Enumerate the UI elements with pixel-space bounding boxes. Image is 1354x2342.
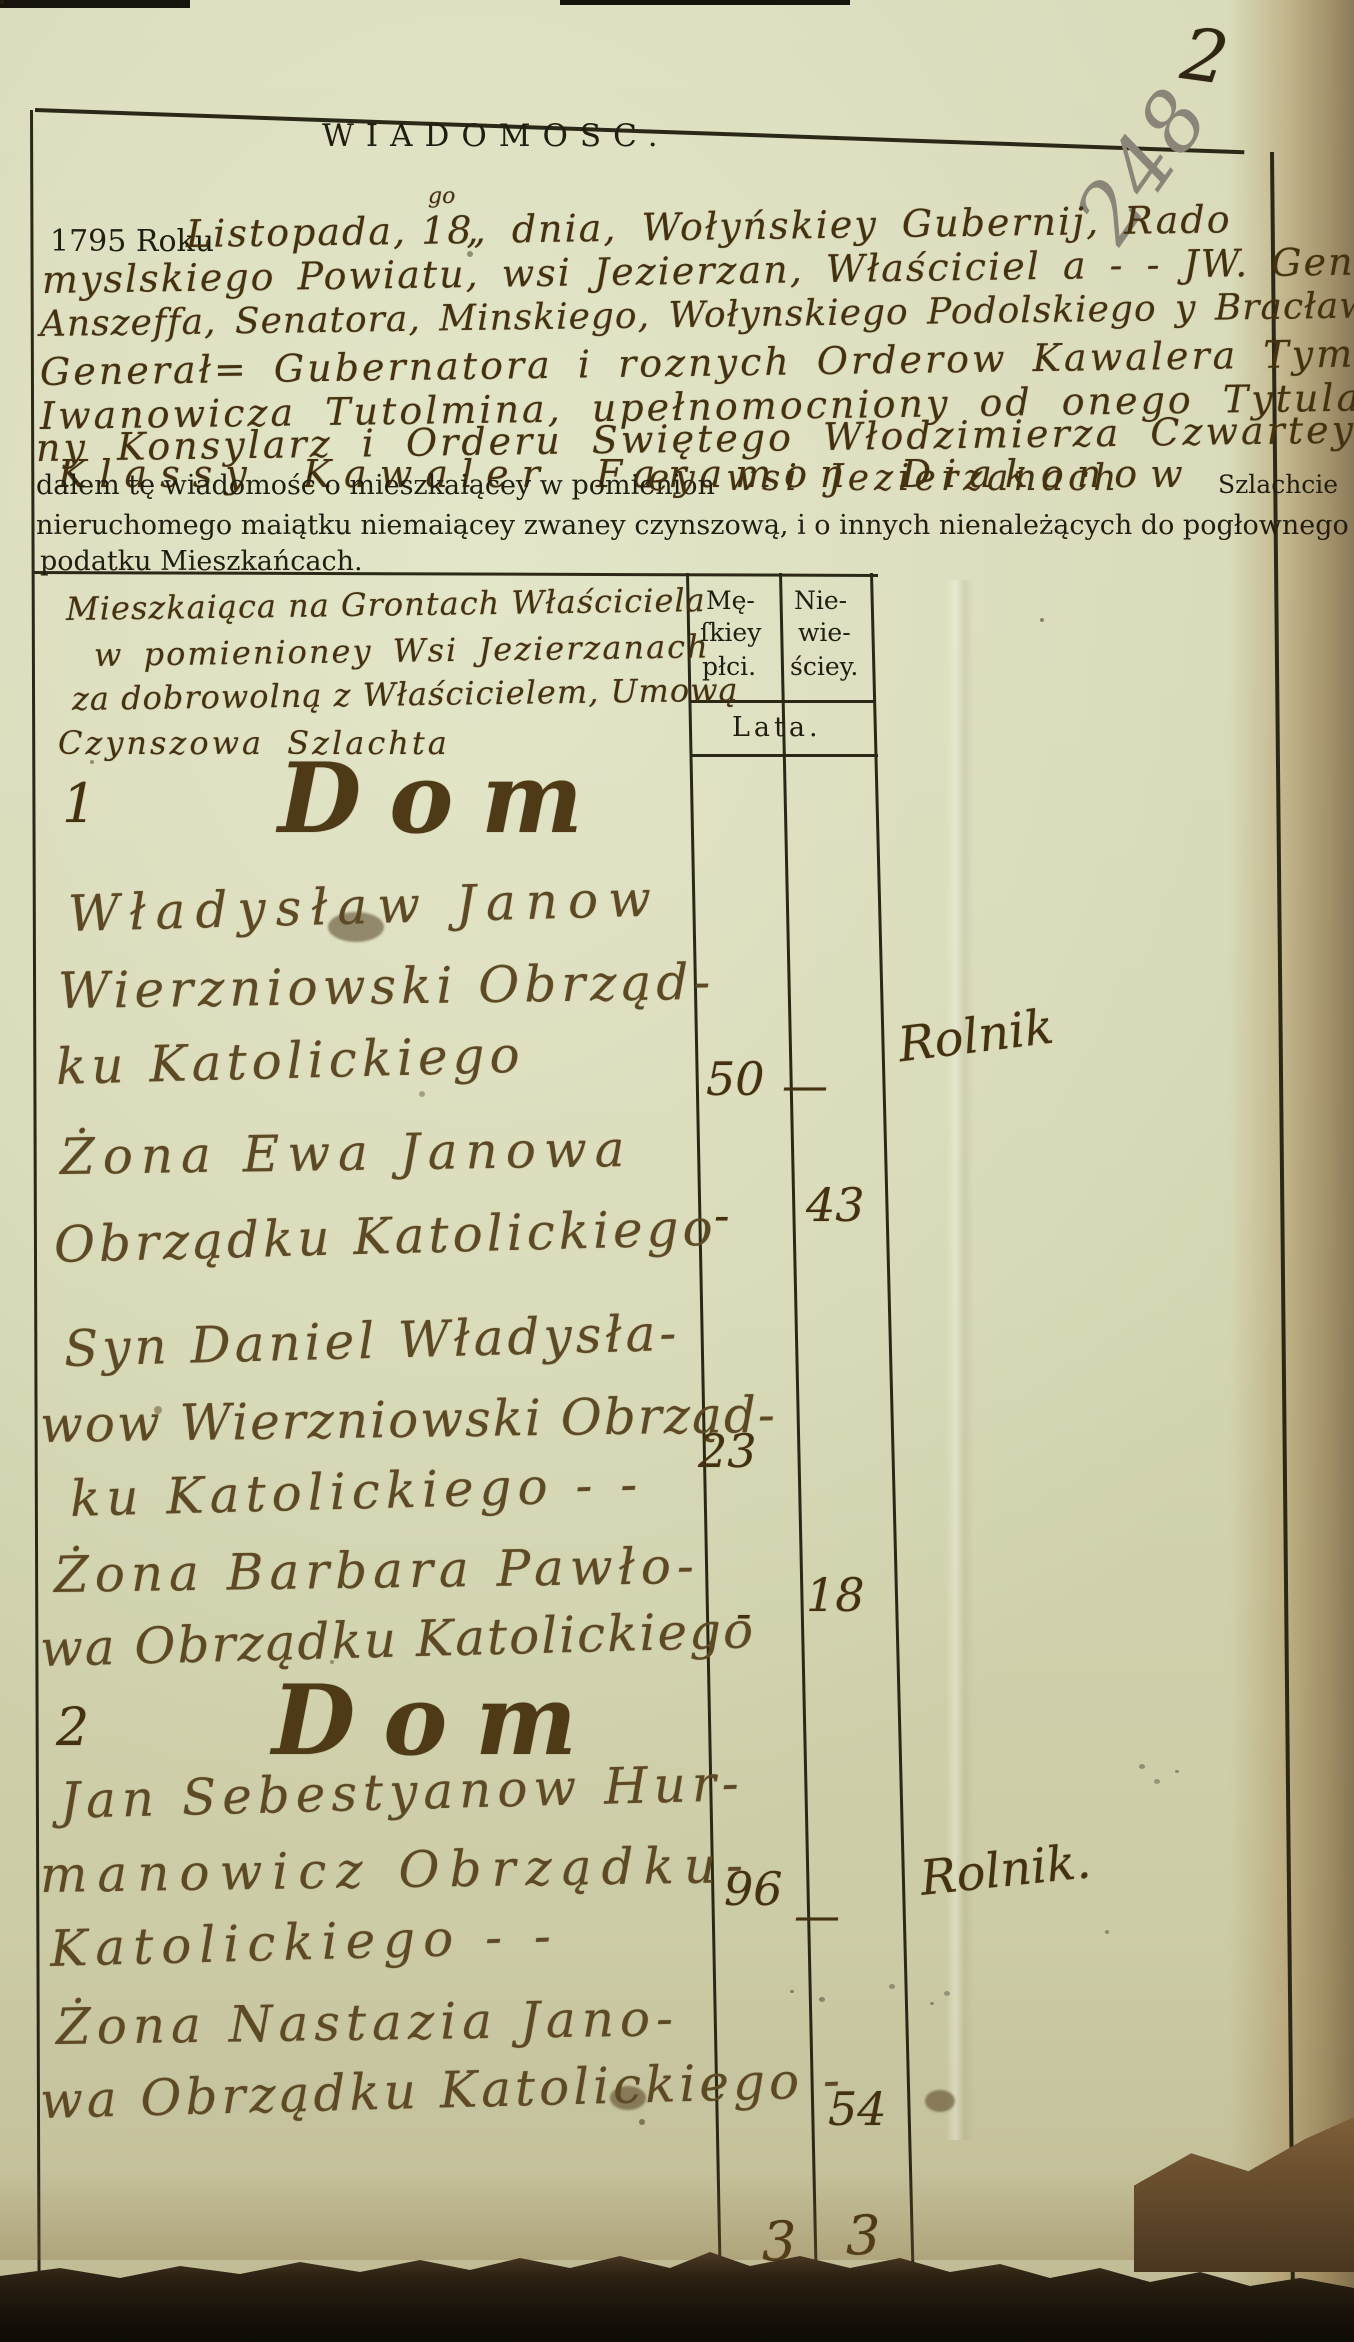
entry-line: wa Obrządku Katolickiego - (39, 2051, 844, 2130)
entry-line: Żona Barbara Pawło- (54, 1537, 701, 1604)
section1-dom-heading: Dom (278, 742, 611, 855)
document-page: 2 248 WIADOMOSC. 1795 Roku Listopada, 18… (0, 0, 1354, 2342)
occupation-note: Rolnik. (918, 1833, 1094, 1907)
intro-hw-insert: ey wsi Jezierzanach (648, 458, 1122, 499)
intro-printed-line1a: dałem tę wiadomość o mieszkaiącey w pomi… (36, 470, 715, 501)
entry-line: Obrządku Katolickiego (53, 1199, 717, 1274)
table-name-header-line3: za dobrowolną z Właścicielem, Umową (72, 671, 739, 718)
age-female: — (794, 1888, 840, 1942)
top-edge-shadow-left (0, 0, 190, 8)
intro-printed-line2: nieruchomego maiątku niemaiącey zwaney c… (36, 510, 1349, 541)
page-title: WIADOMOSC. (322, 118, 670, 154)
entry-line: ku Katolickiego (55, 1026, 525, 1096)
col-male-line3: płci. (702, 652, 756, 681)
col-female-line2: wie- (798, 618, 851, 647)
age-male: - (736, 1586, 752, 1640)
table-column-line-2 (779, 573, 818, 2295)
age-male: 23 (698, 1424, 757, 1478)
table-name-header-line1: Mieszkaiąca na Grontach Właściciela (66, 581, 706, 628)
section1-number: 1 (62, 772, 96, 835)
age-female: 43 (806, 1178, 865, 1232)
col-male-line2: ſkiey (700, 618, 761, 647)
col-male-line1: Mę- (706, 586, 755, 615)
intro-hw-line1a: Listopada, 18 (186, 208, 474, 256)
top-edge-shadow-mid (560, 0, 850, 5)
ink-blot (925, 2090, 955, 2112)
vertical-crease (946, 580, 974, 2140)
ink-specks (0, 0, 4, 4)
intro-printed-line3: podatku Mieszkańcach. (40, 546, 363, 577)
entry-line: Żona Ewa Janowa (60, 1120, 633, 1186)
entry-line: ku Katolickiego - - (69, 1455, 644, 1528)
age-female: — (782, 1058, 828, 1112)
intro-hw-line1-superscript: go (428, 184, 455, 209)
entry-line: Jan Sebestyanow Hur- (59, 1754, 745, 1830)
entry-line: Władysław Janow (67, 869, 661, 943)
entry-line: Wierzniowski Obrząd- (58, 953, 716, 1020)
lata-label: Lata. (732, 712, 822, 743)
ink-page-number: 2 (1176, 11, 1233, 101)
occupation-note: Rolnik (895, 999, 1056, 1074)
age-male: 50 (706, 1052, 765, 1106)
entry-line: wow Wierzniowski Obrząd- (40, 1386, 778, 1454)
entry-line: Syn Daniel Władysła- (63, 1304, 681, 1378)
col-female-line3: ściey. (790, 652, 858, 681)
age-male: 96 (724, 1862, 783, 1916)
age-male: - (714, 1188, 730, 1242)
table-column-line-3 (870, 573, 915, 2299)
entry-line: Żona Nastazia Jano- (56, 1989, 680, 2056)
age-female: 18 (806, 1568, 865, 1622)
col-female-line1: Nie- (794, 586, 847, 615)
table-name-header-line2: w pomienioney Wsi Jezierzanach (94, 627, 710, 674)
section2-number: 2 (56, 1698, 89, 1758)
entry-line: Katolickiego - - (49, 1907, 559, 1978)
intro-printed-line1b: Szlachcie (1218, 470, 1338, 499)
lata-bottom-rule (692, 754, 878, 757)
pencil-marks (790, 1990, 794, 1993)
entry-line: manowicz Obrządku- (40, 1836, 754, 1904)
age-female: 54 (828, 2082, 887, 2136)
